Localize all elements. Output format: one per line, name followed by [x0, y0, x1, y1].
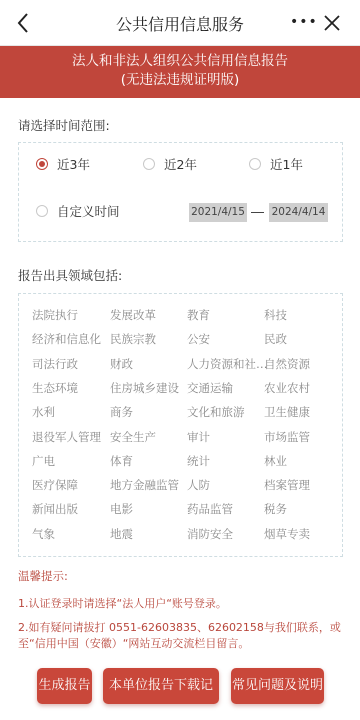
radio-label: 自定义时间	[57, 202, 120, 220]
domain-item: 烟草专卖	[264, 526, 310, 542]
domain-item: 税务	[264, 501, 287, 517]
domain-item: 电影	[110, 501, 133, 517]
time-range-label: 请选择时间范围:	[18, 116, 110, 134]
report-title-banner: 法人和非法人组织公共信用信息报告 (无违法违规证明版)	[0, 46, 360, 98]
more-dots-icon: •••	[290, 14, 318, 30]
domain-item: 司法行政	[32, 356, 78, 372]
radio-1-year[interactable]: 近1年	[249, 154, 303, 174]
domain-item: 自然资源	[264, 356, 310, 372]
nav-bar: 公共信用信息服务 •••	[0, 0, 360, 46]
domain-item: 地震	[110, 526, 133, 542]
download-records-button[interactable]: 本单位报告下载记录	[103, 668, 219, 704]
domain-item: 新闻出版	[32, 501, 78, 517]
domain-item: 生态环境	[32, 380, 78, 396]
tip-item-1: 1.认证登录时请选择“法人用户“账号登录。	[18, 596, 348, 612]
domain-item: 民政	[264, 331, 287, 347]
domain-item: 地方金融监管	[110, 477, 179, 493]
domain-item: 农业农村	[264, 380, 310, 396]
domain-item: 经济和信息化	[32, 331, 101, 347]
domain-item: 卫生健康	[264, 404, 310, 420]
radio-custom-time[interactable]: 自定义时间	[36, 201, 120, 221]
domain-item: 科技	[264, 307, 287, 323]
domain-item: 统计	[187, 453, 210, 469]
tip-item-2: 2.如有疑问请拔打 0551-62603835、62602158与我们联系，或至…	[18, 620, 348, 652]
tips-title: 温馨提示:	[18, 568, 68, 584]
more-button[interactable]: •••	[290, 14, 314, 32]
domain-item: 市场监管	[264, 429, 310, 445]
domain-item: 教育	[187, 307, 210, 323]
domain-item: 人力资源和社…	[187, 356, 268, 372]
domain-item: 发展改革	[110, 307, 156, 323]
domain-item: 档案管理	[264, 477, 310, 493]
generate-report-button[interactable]: 生成报告	[37, 668, 92, 704]
domain-item: 审计	[187, 429, 210, 445]
domain-item: 医疗保障	[32, 477, 78, 493]
domain-item: 公安	[187, 331, 210, 347]
domain-item: 交通运输	[187, 380, 233, 396]
domain-item: 财政	[110, 356, 133, 372]
radio-unchecked-icon	[249, 158, 261, 170]
radio-label: 近3年	[57, 155, 90, 173]
domain-item: 药品监管	[187, 501, 233, 517]
domain-item: 水利	[32, 404, 55, 420]
domain-item: 安全生产	[110, 429, 156, 445]
domain-item: 退役军人管理	[32, 429, 101, 445]
domain-item: 人防	[187, 477, 210, 493]
close-button[interactable]	[322, 13, 342, 33]
domain-item: 广电	[32, 453, 55, 469]
radio-checked-icon	[36, 158, 48, 170]
radio-label: 近1年	[270, 155, 303, 173]
domain-item: 法院执行	[32, 307, 78, 323]
end-date-field[interactable]: 2024/4/14	[269, 203, 328, 222]
start-date-field[interactable]: 2021/4/15	[189, 203, 247, 222]
date-range-separator	[251, 212, 264, 213]
domain-item: 民族宗教	[110, 331, 156, 347]
banner-title: 法人和非法人组织公共信用信息报告	[0, 52, 360, 71]
radio-label: 近2年	[164, 155, 197, 173]
radio-3-years[interactable]: 近3年	[36, 154, 90, 174]
domain-item: 文化和旅游	[187, 404, 245, 420]
radio-unchecked-icon	[143, 158, 155, 170]
domain-item: 住房城乡建设	[110, 380, 179, 396]
faq-button[interactable]: 常见问题及说明	[231, 668, 324, 704]
radio-2-years[interactable]: 近2年	[143, 154, 197, 174]
chevron-left-icon	[12, 9, 36, 37]
domain-item: 林业	[264, 453, 287, 469]
domain-item: 消防安全	[187, 526, 233, 542]
domain-item: 商务	[110, 404, 133, 420]
radio-unchecked-icon	[36, 205, 48, 217]
close-icon	[322, 13, 342, 33]
back-button[interactable]	[12, 9, 36, 37]
banner-subtitle: (无违法违规证明版)	[0, 71, 360, 90]
domains-label: 报告出具领域包括:	[18, 266, 122, 284]
domain-item: 体育	[110, 453, 133, 469]
domain-item: 气象	[32, 526, 55, 542]
